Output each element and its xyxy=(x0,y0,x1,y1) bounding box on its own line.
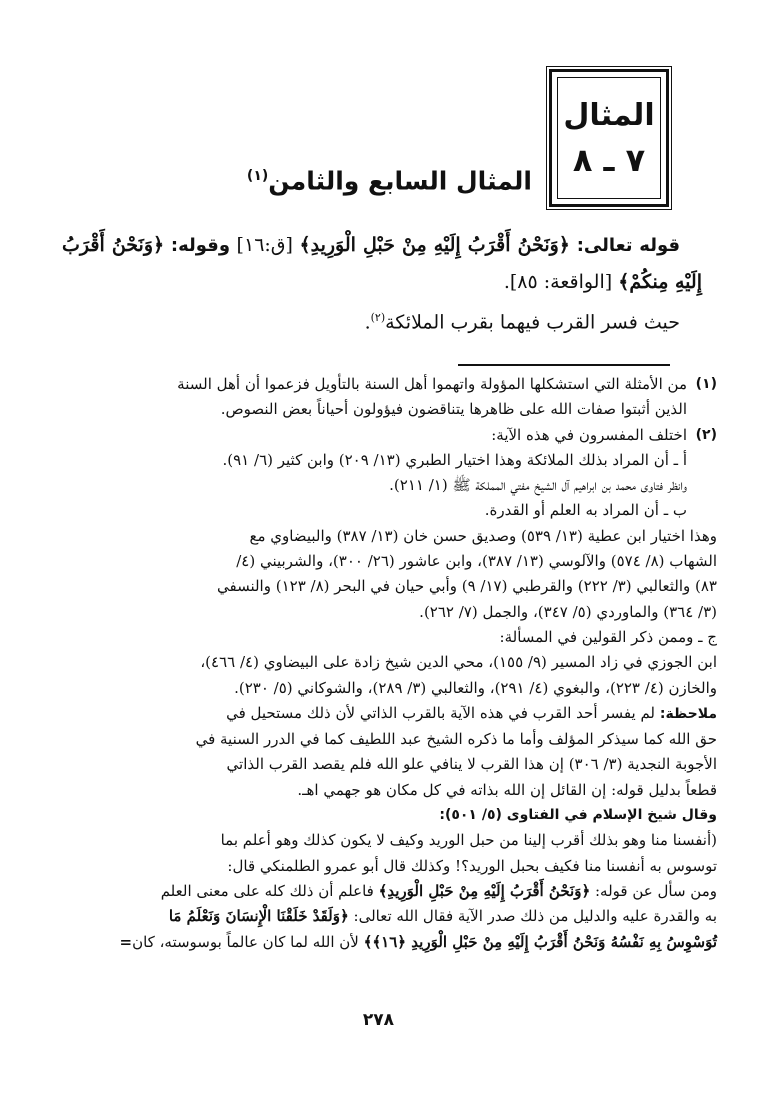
opinion-b-sources: وهذا اختيار ابن عطية (١٣/ ٥٣٩) وصديق حسن… xyxy=(45,524,717,625)
continuation-mark: = xyxy=(120,933,133,951)
footnote-body: اختلف المفسرون في هذه الآية: xyxy=(45,423,687,448)
source-line: وهذا اختيار ابن عطية (١٣/ ٥٣٩) وصديق حسن… xyxy=(45,524,717,549)
quote-text: به والقدرة عليه والدليل من ذلك صدر الآية… xyxy=(349,907,717,925)
verse-qaf-16: ﴿وَنَحْنُ أَقْرَبُ إِلَيْهِ مِنْ حَبْلِ … xyxy=(299,234,569,256)
footnote-separator xyxy=(458,364,670,366)
footnotes: (١) من الأمثلة التي استشكلها المؤولة وات… xyxy=(45,372,717,955)
footnote-line: الذين أثبتوا صفات الله على ظاهرها يتناقض… xyxy=(45,397,687,422)
quote-text: فاعلم أن ذلك كله على معنى العلم xyxy=(161,882,379,900)
note-line: حق الله كما سيذكر المؤلف وأما ما ذكره ال… xyxy=(45,727,717,752)
verse-ref-qaf: [ق:١٦] xyxy=(230,234,299,256)
opinion-c: ج ـ وممن ذكر القولين في المسألة: xyxy=(45,625,717,650)
interpretation-text: حيث فسر القرب فيهما بقرب الملائكة xyxy=(385,311,680,333)
note-block: ملاحظة: لم يفسر أحد القرب في هذه الآية ب… xyxy=(45,701,717,803)
quote-text: لأن الله لما كان عالماً بوسوسته، كان xyxy=(132,933,364,951)
interpretation-footnote-ref: (٢) xyxy=(371,311,386,324)
quote-verse: ﴿وَنَحْنُ أَقْرَبُ إِلَيْهِ مِنْ حَبْلِ … xyxy=(379,882,591,900)
quote-line: به والقدرة عليه والدليل من ذلك صدر الآية… xyxy=(45,904,717,929)
quote-line: (أنفسنا منا وهو بذلك أقرب إلينا من حبل ا… xyxy=(45,828,717,853)
footnote-2-continued: أ ـ أن المراد بذلك الملائكة وهذا اختيار … xyxy=(45,448,687,524)
section-title: المثال السابع والثامن xyxy=(268,166,532,195)
opinion-c-block: ج ـ وممن ذكر القولين في المسألة: ابن الج… xyxy=(45,625,717,701)
source-line: ابن الجوزي في زاد المسير (٩/ ١٥٥)، محي ا… xyxy=(45,650,717,675)
shaykh-heading: وقال شيخ الإسلام في الفتاوى (٥/ ٥٠١): xyxy=(45,803,717,828)
source-line: والخازن (٤/ ٢٢٣)، والبغوي (٤/ ٢٩١)، والث… xyxy=(45,676,717,701)
opinion-a-ref: وانظر فتاوى محمد بن ابراهيم آل الشيخ مفت… xyxy=(45,473,687,498)
footnote-intro: اختلف المفسرون في هذه الآية: xyxy=(45,423,687,448)
source-line: ٨٣) والثعالبي (٣/ ٢٢٢) والقرطبي (١٧/ ٩) … xyxy=(45,574,717,599)
main-text: قوله تعالى: ﴿وَنَحْنُ أَقْرَبُ إِلَيْهِ … xyxy=(62,227,702,340)
verse-intro-2: وقوله: xyxy=(164,235,230,256)
note-line: الأجوبة النجدية (٣/ ٣٠٦) إن هذا القرب لا… xyxy=(45,752,717,777)
chapter-box-inner: المثال ٧ ـ ٨ xyxy=(557,77,661,199)
opinion-a: أ ـ أن المراد بذلك الملائكة وهذا اختيار … xyxy=(45,448,687,473)
footnote-2: (٢) اختلف المفسرون في هذه الآية: xyxy=(45,423,717,448)
verse-intro: قوله تعالى: xyxy=(570,235,680,256)
quote-text: ومن سأل عن قوله: xyxy=(590,882,717,900)
shaykh-quote-block: وقال شيخ الإسلام في الفتاوى (٥/ ٥٠١): (أ… xyxy=(45,803,717,955)
paragraph-interpretation: حيث فسر القرب فيهما بقرب الملائكة(٢). xyxy=(62,300,702,340)
quote-verse: تُوَسْوِسُ بِهِ نَفْسُهُ وَنَحْنُ أَقْرَ… xyxy=(364,933,717,951)
source-line: الشهاب (٨/ ٥٧٤) والآلوسي (١٣/ ٣٨٧)، وابن… xyxy=(45,549,717,574)
chapter-label: المثال xyxy=(563,96,654,136)
footnote-line: من الأمثلة التي استشكلها المؤولة واتهموا… xyxy=(45,372,687,397)
book-page: المثال ٧ ـ ٨ المثال السابع والثامن(١) قو… xyxy=(0,0,757,1100)
quote-line: تُوَسْوِسُ بِهِ نَفْسُهُ وَنَحْنُ أَقْرَ… xyxy=(45,930,717,955)
chapter-number: ٧ ـ ٨ xyxy=(573,140,645,180)
footnote-mark: (١) xyxy=(687,372,717,423)
footnote-mark: (٢) xyxy=(687,423,717,448)
opinion-b: ب ـ أن المراد به العلم أو القدرة. xyxy=(45,498,687,523)
page-number: ٢٧٨ xyxy=(0,1010,757,1030)
quote-line: توسوس به أنفسنا منا فكيف بحبل الوريد؟! و… xyxy=(45,854,717,879)
section-heading: المثال السابع والثامن(١) xyxy=(247,158,532,199)
paragraph-verses: قوله تعالى: ﴿وَنَحْنُ أَقْرَبُ إِلَيْهِ … xyxy=(62,227,702,300)
note-line: قطعاً بدليل قوله: إن القائل إن الله بذات… xyxy=(45,778,717,803)
heading-footnote-ref: (١) xyxy=(247,168,268,184)
quote-verse: ﴿وَلَقَدْ خَلَقْنَا الْإِنسَانَ وَنَعْلَ… xyxy=(169,907,349,925)
footnote-1: (١) من الأمثلة التي استشكلها المؤولة وات… xyxy=(45,372,717,423)
note-label: ملاحظة: xyxy=(655,706,717,722)
chapter-box: المثال ٧ ـ ٨ xyxy=(549,69,669,207)
source-line: (٣/ ٣٦٤) والماوردي (٥/ ٣٤٧)، والجمل (٧/ … xyxy=(45,600,717,625)
quote-line: ومن سأل عن قوله: ﴿وَنَحْنُ أَقْرَبُ إِلَ… xyxy=(45,879,717,904)
note-line: لم يفسر أحد القرب في هذه الآية بالقرب ال… xyxy=(226,704,655,722)
verse-ref-waqia: [الواقعة: ٨٥]. xyxy=(504,271,618,293)
footnote-body: من الأمثلة التي استشكلها المؤولة واتهموا… xyxy=(45,372,687,423)
